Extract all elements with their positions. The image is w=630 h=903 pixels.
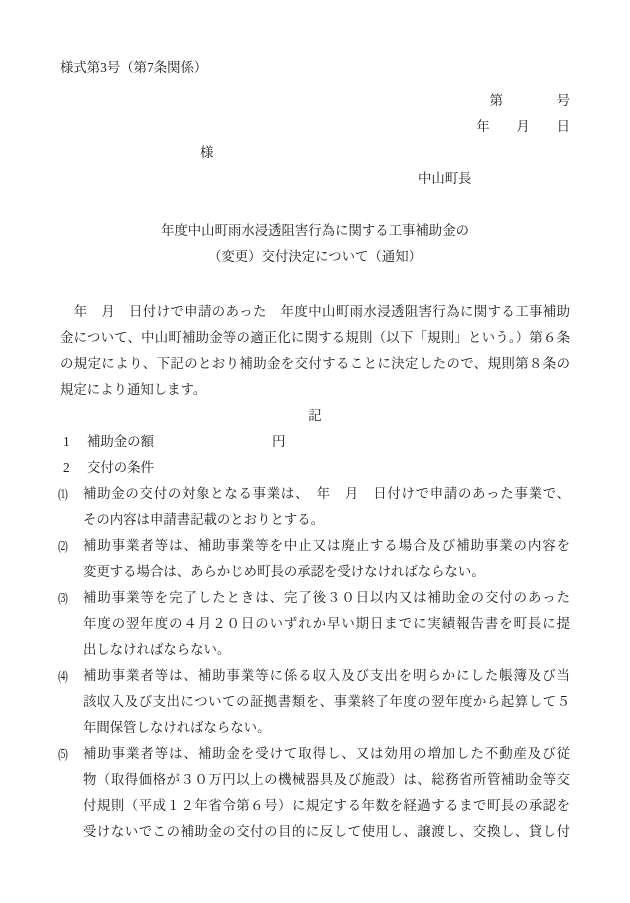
body-paragraph: 年 月 日付けで申請のあった 年度中山町雨水浸透阻害行為に関する工事補助 金につ… [60, 299, 570, 403]
record-marker: 記 [60, 403, 570, 429]
condition-item-1: (1) 補助金の交付の対象となる事業は、 年 月 日付けで申請のあった事業で、 … [60, 481, 570, 533]
condition-line: 補助金の交付の対象となる事業は、 年 月 日付けで申請のあった事業で、 [83, 481, 570, 507]
form-number: 様式第3号（第7条関係） [60, 55, 570, 81]
condition-line: 出しなければならない。 [83, 637, 570, 663]
condition-number: (5) [58, 741, 83, 767]
body-line: 規定により通知します。 [60, 377, 570, 403]
condition-line: 物（取得価格が３０万円以上の機械器具及び施設）は、総務省所管補助金等交 [83, 767, 570, 793]
condition-line: 該収入及び支出についての証拠書類を、事業終了年度の翌年度から起算して５ [83, 689, 570, 715]
condition-item-4: (4) 補助事業者等は、補助事業等に係る収入及び支出を明らかにした帳簿及び当 該… [60, 663, 570, 741]
condition-text: 補助事業者等は、補助事業等を中止又は廃止する場合及び補助事業の内容を 変更する場… [83, 533, 570, 585]
condition-number: (1) [58, 481, 83, 507]
item-number: 2 [63, 455, 87, 481]
document-title-line-1: 年度中山町雨水浸透阻害行為に関する工事補助金の [60, 218, 570, 244]
subsidy-amount-label: 補助金の額 [87, 434, 154, 449]
condition-number: (3) [58, 585, 83, 611]
document-title-line-2: （変更）交付決定について（通知） [60, 244, 570, 270]
document-page: 様式第3号（第7条関係） 第 号 年 月 日 様 中山町長 年度中山町雨水浸透阻… [0, 0, 630, 903]
condition-line: 付規則（平成１２年省令第６号）に規定する年数を経過するまで町長の承認を [83, 793, 570, 819]
condition-line: その内容は申請書記載のとおりとする。 [83, 507, 570, 533]
condition-line: 補助事業等を完了したときは、完了後３０日以内又は補助金の交付のあった [83, 585, 570, 611]
condition-line: 補助事業者等は、補助事業等を中止又は廃止する場合及び補助事業の内容を [83, 533, 570, 559]
document-title: 年度中山町雨水浸透阻害行為に関する工事補助金の （変更）交付決定について（通知） [60, 218, 570, 270]
condition-line: 変更する場合は、あらかじめ町長の承認を受けなければならない。 [83, 559, 570, 585]
document-number-line: 第 号 [60, 88, 570, 114]
condition-text: 補助事業者等は、補助金を受けて取得し、又は効用の増加した不動産及び従 物（取得価… [83, 741, 570, 845]
condition-line: 年間保管しなければならない。 [83, 715, 570, 741]
sender-title: 中山町長 [60, 166, 570, 192]
conditions-heading-item: 2交付の条件 [60, 455, 570, 481]
condition-line: 年度の翌年度の４月２０日のいずれか早い期日までに実績報告書を町長に提 [83, 611, 570, 637]
condition-item-2: (2) 補助事業者等は、補助事業等を中止又は廃止する場合及び補助事業の内容を 変… [60, 533, 570, 585]
amount-unit: 円 [272, 434, 285, 449]
condition-number: (2) [58, 533, 83, 559]
body-line: の規定により、下記のとおり補助金を交付することに決定したので、規則第８条の [60, 351, 570, 377]
condition-text: 補助事業等を完了したときは、完了後３０日以内又は補助金の交付のあった 年度の翌年… [83, 585, 570, 663]
body-line: 金について、中山町補助金等の適正化に関する規則（以下「規則」という。）第６条 [60, 325, 570, 351]
condition-number: (4) [58, 663, 83, 689]
condition-text: 補助金の交付の対象となる事業は、 年 月 日付けで申請のあった事業で、 その内容… [83, 481, 570, 533]
conditions-heading-label: 交付の条件 [87, 460, 154, 475]
condition-text: 補助事業者等は、補助事業等に係る収入及び支出を明らかにした帳簿及び当 該収入及び… [83, 663, 570, 741]
subsidy-amount-item: 1補助金の額円 [60, 429, 570, 455]
condition-line: 補助事業者等は、補助事業等に係る収入及び支出を明らかにした帳簿及び当 [83, 663, 570, 689]
item-number: 1 [63, 429, 87, 455]
date-line: 年 月 日 [60, 114, 570, 140]
condition-line: 受けないでこの補助金の交付の目的に反して使用し、譲渡し、交換し、貸し付 [83, 819, 570, 845]
body-line: 年 月 日付けで申請のあった 年度中山町雨水浸透阻害行為に関する工事補助 [60, 299, 570, 325]
condition-item-5: (5) 補助事業者等は、補助金を受けて取得し、又は効用の増加した不動産及び従 物… [60, 741, 570, 845]
addressee-line: 様 [60, 140, 570, 166]
condition-item-3: (3) 補助事業等を完了したときは、完了後３０日以内又は補助金の交付のあった 年… [60, 585, 570, 663]
condition-line: 補助事業者等は、補助金を受けて取得し、又は効用の増加した不動産及び従 [83, 741, 570, 767]
